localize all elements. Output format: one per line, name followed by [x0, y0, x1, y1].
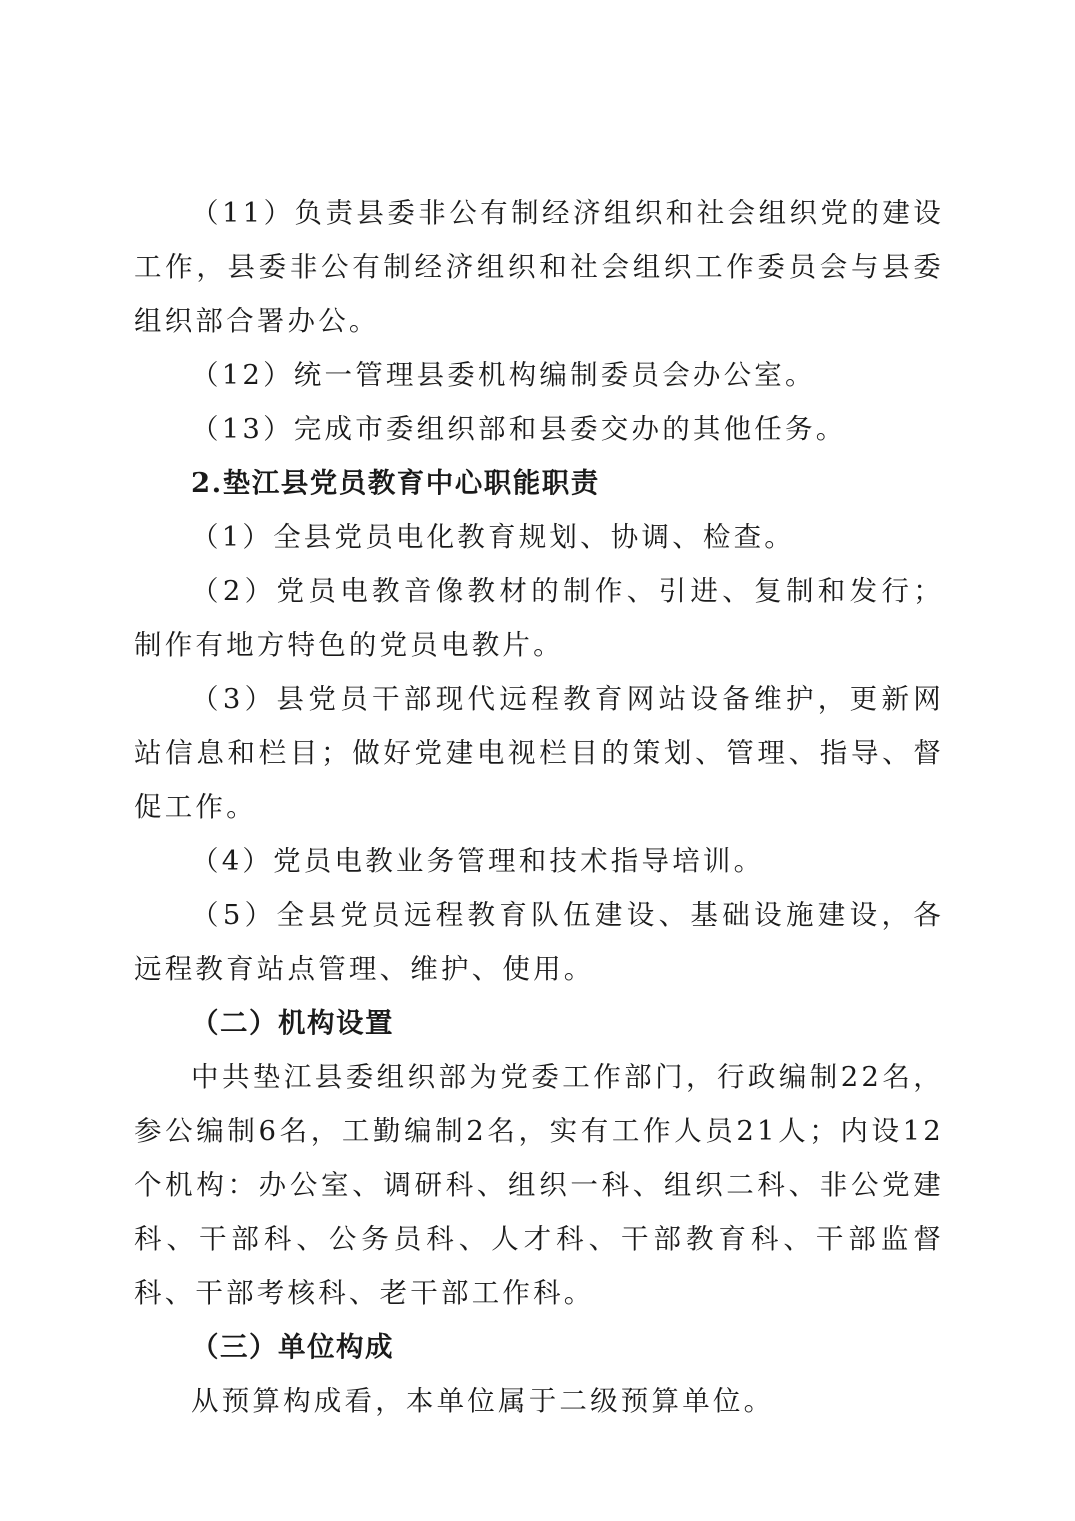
paragraph-center-duty-1: （1）全县党员电化教育规划、协调、检查。: [134, 510, 944, 564]
paragraph-unit-composition: 从预算构成看，本单位属于二级预算单位。: [134, 1374, 944, 1428]
paragraph-center-duty-4: （4）党员电教业务管理和技术指导培训。: [134, 834, 944, 888]
paragraph-duty-13: （13）完成市委组织部和县委交办的其他任务。: [134, 402, 944, 456]
section-heading-unit-composition: （三）单位构成: [134, 1320, 944, 1374]
document-page: （11）负责县委非公有制经济组织和社会组织党的建设工作，县委非公有制经济组织和社…: [134, 186, 944, 1428]
paragraph-center-duty-2: （2）党员电教音像教材的制作、引进、复制和发行；制作有地方特色的党员电教片。: [134, 564, 944, 672]
paragraph-duty-12: （12）统一管理县委机构编制委员会办公室。: [134, 348, 944, 402]
paragraph-center-duty-5: （5）全县党员远程教育队伍建设、基础设施建设，各远程教育站点管理、维护、使用。: [134, 888, 944, 996]
paragraph-organization-setup: 中共垫江县委组织部为党委工作部门，行政编制22名，参公编制6名，工勤编制2名，实…: [134, 1050, 944, 1320]
paragraph-duty-11: （11）负责县委非公有制经济组织和社会组织党的建设工作，县委非公有制经济组织和社…: [134, 186, 944, 348]
section-heading-organization-setup: （二）机构设置: [134, 996, 944, 1050]
section-heading-education-center: 2.垫江县党员教育中心职能职责: [134, 456, 944, 510]
paragraph-center-duty-3: （3）县党员干部现代远程教育网站设备维护，更新网站信息和栏目；做好党建电视栏目的…: [134, 672, 944, 834]
